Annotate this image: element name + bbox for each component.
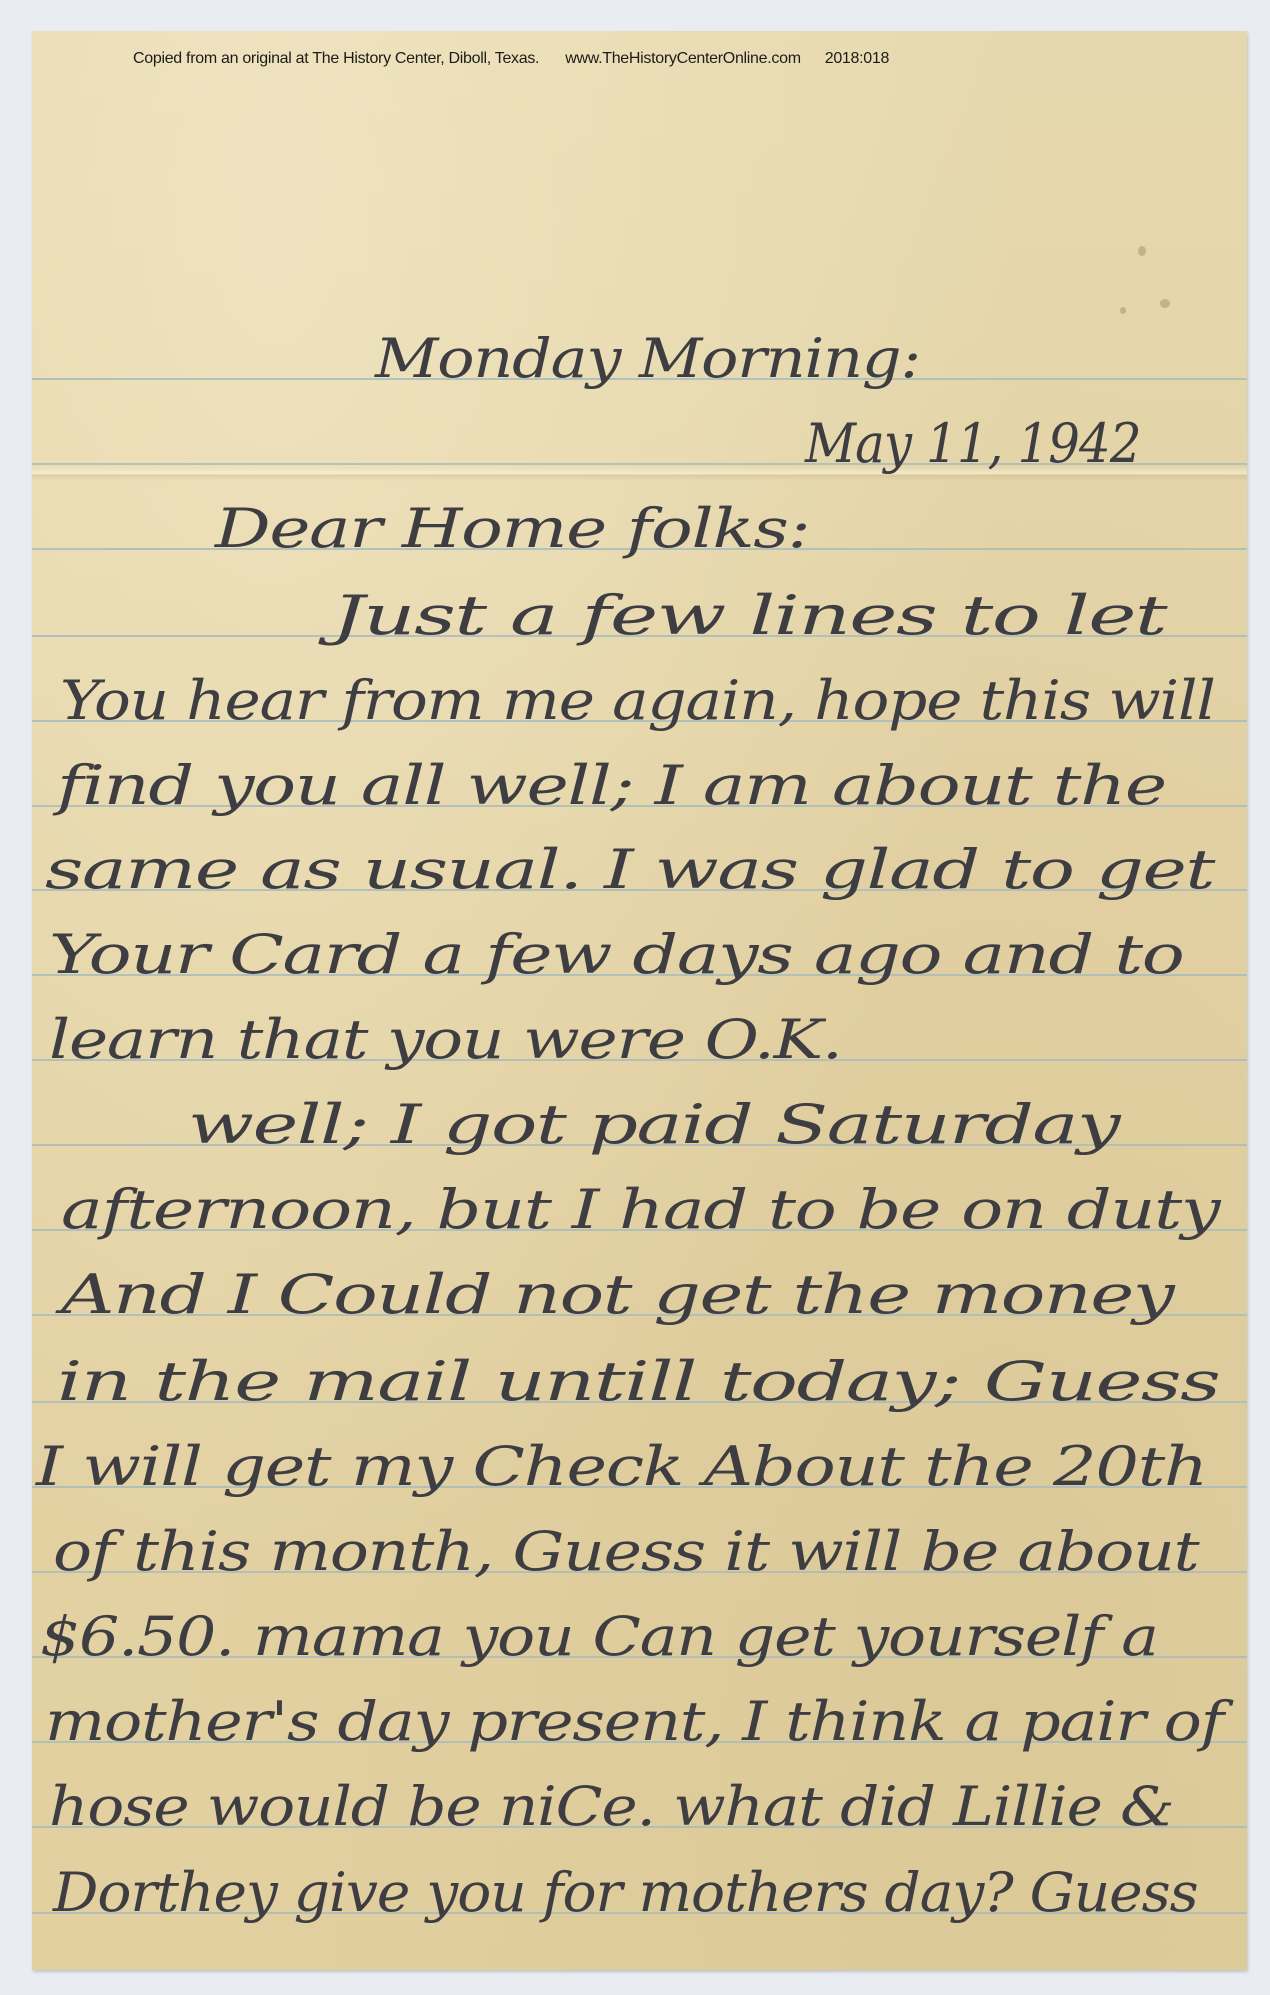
letter-body-line: Your Card a few days ago and to [49, 928, 1183, 982]
letter-page: Copied from an original at The History C… [32, 31, 1247, 1970]
accession-number: 2018:018 [825, 50, 889, 68]
letter-body-line: same as usual. I was glad to get [45, 843, 1214, 897]
letter-body-line: And I Could not get the money [61, 1268, 1173, 1322]
letter-heading-day: Monday Morning: [375, 332, 920, 386]
letter-salutation: Dear Home folks: [215, 502, 810, 556]
letter-body-line: well; I got paid Saturday [188, 1098, 1119, 1152]
letter-body-line: Just a few lines to let [332, 589, 1166, 643]
archive-website: www.TheHistoryCenterOnline.com [565, 50, 801, 68]
letter-body-line: in the mail untill today; Guess [57, 1355, 1219, 1409]
letter-body-line: mother's day present, I think a pair of [45, 1695, 1223, 1749]
paper-stain [1138, 246, 1146, 256]
letter-body-line: Dorthey give you for mothers day? Guess [53, 1866, 1198, 1920]
archive-credit: Copied from an original at The History C… [133, 50, 539, 68]
archive-header: Copied from an original at The History C… [133, 50, 1133, 68]
letter-date: May 11, 1942 [805, 417, 1141, 471]
letter-body-line: find you all well; I am about the [57, 759, 1166, 813]
letter-body-line: I will get my Check About the 20th [36, 1440, 1207, 1494]
paper-stain [1120, 307, 1126, 314]
letter-body-line: of this month, Guess it will be about [53, 1525, 1199, 1579]
letter-body-line: afternoon, but I had to be on duty [61, 1183, 1219, 1237]
letter-body-line: $6.50. mama you Can get yourself a [40, 1610, 1158, 1664]
letter-body-line: learn that you were O.K. [49, 1013, 842, 1067]
letter-body-line: You hear from me again, hope this will [60, 674, 1215, 728]
letter-body-line: hose would be niCe. what did Lillie & [49, 1780, 1174, 1834]
paper-stain [1160, 299, 1170, 308]
